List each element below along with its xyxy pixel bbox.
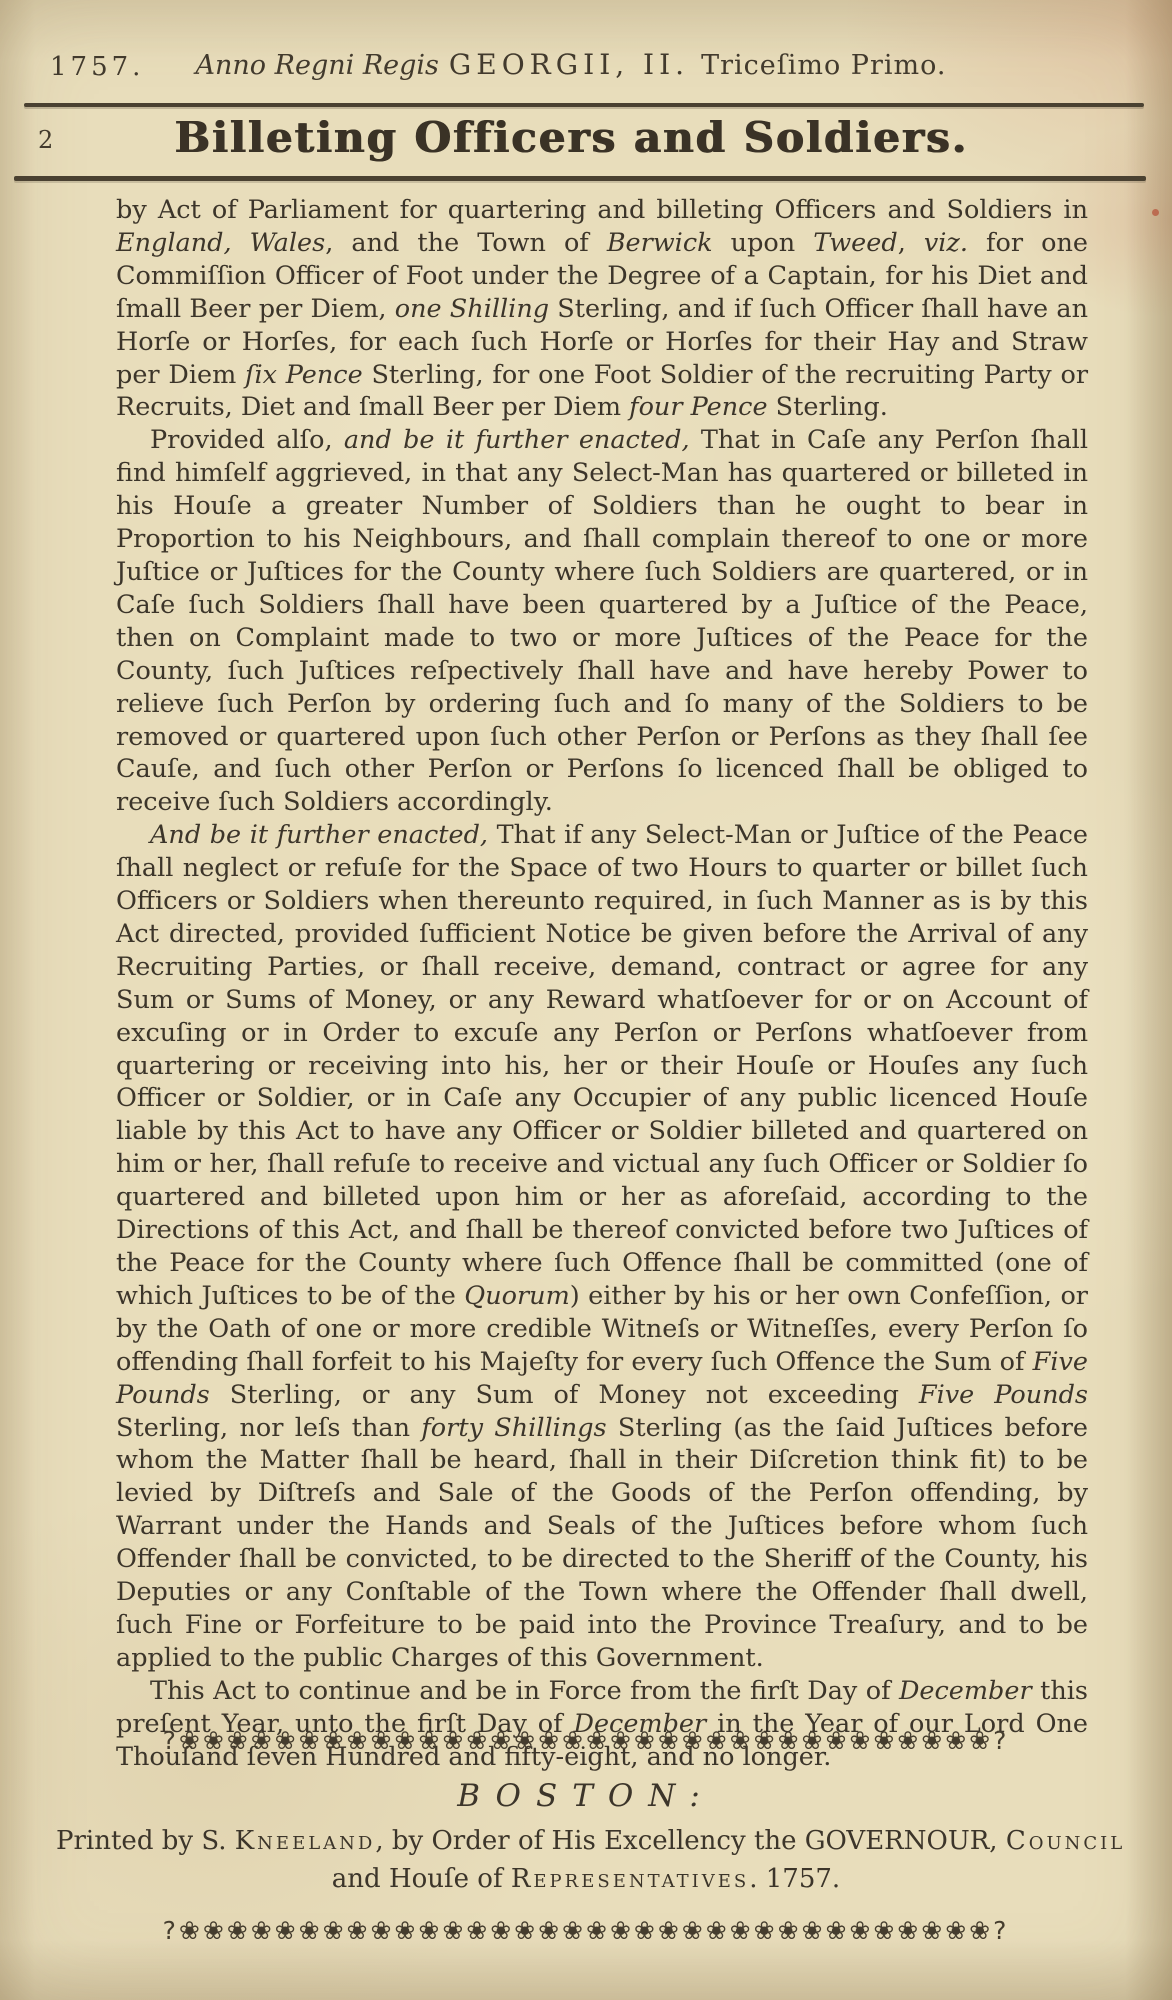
- act-title: Billeting Officers and Soldiers.: [110, 113, 1032, 162]
- text-segment: Berwick: [607, 228, 713, 258]
- body-text: by Act of Parliament for quartering and …: [116, 194, 1088, 1774]
- running-head-latin: Anno Regni Regis: [196, 50, 439, 81]
- running-head-regnal: Triceſimo Primo.: [701, 50, 946, 81]
- text-segment: one Shilling: [395, 294, 549, 324]
- text-segment: Sterling, or any Sum of Money not exceed…: [210, 1380, 919, 1410]
- text-segment: Sterling (as the ſaid Juſtices before wh…: [116, 1413, 1088, 1673]
- text-segment: That if any Select-Man or Juſtice of the…: [116, 820, 1088, 1311]
- text-segment: Printed by S.: [56, 1826, 235, 1856]
- ornament-row-bottom: ?❀❀❀❀❀❀❀❀❀❀❀❀❀❀❀❀❀❀❀❀❀❀❀❀❀❀❀❀❀❀❀❀❀❀?: [56, 1916, 1116, 1945]
- running-head-monarch: GEORGII, II.: [449, 48, 689, 81]
- text-segment: Representatives: [511, 1864, 749, 1894]
- text-segment: Kneeland: [235, 1826, 376, 1856]
- text-segment: Sterling.: [768, 392, 888, 422]
- divider-rule-title: [14, 176, 1146, 181]
- paragraph: by Act of Parliament for quartering and …: [116, 194, 1088, 424]
- text-segment: , by Order of His Excellency the GOVERNO…: [375, 1826, 1006, 1856]
- paragraph: And be it further enacted, That if any S…: [116, 819, 1088, 1675]
- text-segment: viz.: [924, 228, 968, 258]
- text-segment: upon: [713, 228, 814, 258]
- text-segment: Five Pounds: [919, 1380, 1088, 1410]
- page-number: 2: [38, 126, 53, 154]
- text-segment: And be it further enacted,: [150, 820, 488, 850]
- text-segment: Tweed: [813, 228, 897, 258]
- text-segment: and Houſe of: [332, 1864, 511, 1894]
- imprint-city: BOSTON:: [56, 1778, 1116, 1814]
- paragraph: Provided alſo, and be it further enacted…: [116, 424, 1088, 819]
- text-segment: and be it further enacted,: [344, 425, 690, 455]
- text-segment: . 1757.: [749, 1864, 840, 1894]
- text-segment: Council: [1006, 1826, 1125, 1856]
- imprint-line-1: Printed by S. Kneeland, by Order of His …: [56, 1826, 1116, 1856]
- text-segment: Provided alſo,: [150, 425, 344, 455]
- text-segment: England, Wales: [116, 228, 325, 258]
- text-segment: Sterling, nor leſs than: [116, 1413, 421, 1443]
- text-segment: forty Shillings: [421, 1413, 606, 1443]
- text-segment: Quorum: [464, 1281, 569, 1311]
- running-head: Anno Regni RegisGEORGII, II.Triceſimo Pr…: [110, 48, 1032, 81]
- ink-speck: [1152, 209, 1159, 216]
- text-segment: by Act of Parliament for quartering and …: [116, 195, 1088, 225]
- text-segment: This Act to continue and be in Force fro…: [150, 1676, 899, 1706]
- paragraph: This Act to continue and be in Force fro…: [116, 1675, 1088, 1774]
- text-segment: ,: [898, 228, 924, 258]
- text-segment: four Pence: [629, 392, 767, 422]
- text-segment: That in Caſe any Perſon ſhall find himſe…: [116, 425, 1088, 817]
- text-segment: ſix Pence: [245, 360, 363, 390]
- imprint-line-2: and Houſe of Representatives. 1757.: [56, 1864, 1116, 1894]
- ornament-row-top: ?❀❀❀❀❀❀❀❀❀❀❀❀❀❀❀❀❀❀❀❀❀❀❀❀❀❀❀❀❀❀❀❀❀❀?: [56, 1726, 1116, 1755]
- divider-rule-top: [24, 103, 1144, 107]
- text-segment: December: [899, 1676, 1032, 1706]
- text-segment: , and the Town of: [325, 228, 607, 258]
